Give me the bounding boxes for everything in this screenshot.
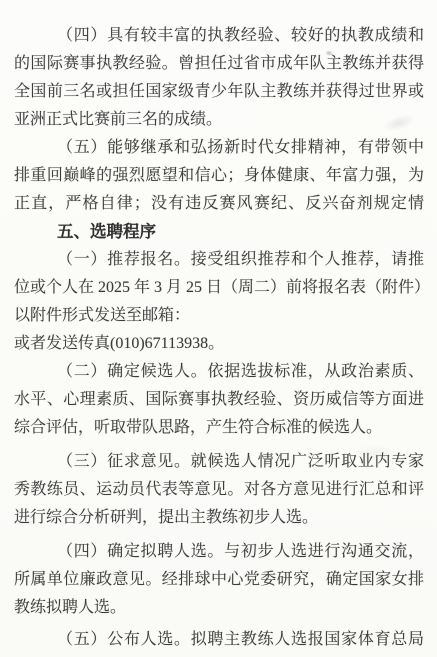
text-line: 所属单位廉政意见。经排球中心党委研究，确定国家女排主 <box>14 566 424 594</box>
scanned-document-page: （四）具有较丰富的执教经验、较好的执教成绩和一定 的国际赛事执教经验。曾担任过省… <box>0 0 437 657</box>
text-line-fax: 或者发送传真(010)67113938。 <box>14 330 424 358</box>
text-line-email: 以附件形式发送至邮箱：teamchina@volleyballchina.com <box>14 302 424 330</box>
text-line: （一）推荐报名。接受组织推荐和个人推荐，请推荐单 <box>14 246 424 274</box>
text-line: 位或个人在 2025 年 3 月 25 日（周二）前将报名表（附件） <box>14 274 424 302</box>
text-line: 亚洲正式比赛前三名的成绩。 <box>14 106 424 134</box>
text-line: （五）公布人选。拟聘主教练人选报国家体育总局批准 <box>14 626 424 654</box>
text-line: 全国前三名或担任国家级青少年队主教练并获得过世界或 <box>14 78 424 106</box>
text-line: 教练拟聘人选。 <box>14 594 424 622</box>
text-line: （四）具有较丰富的执教经验、较好的执教成绩和一定 <box>14 22 424 50</box>
text-line: （二）确定候选人。依据选拔标准，从政治素质、能力 <box>14 358 424 386</box>
text-line: （三）征求意见。就候选人情况广泛听取业内专家和优 <box>14 448 424 476</box>
text-line: 进行综合分析研判，提出主教练初步人选。 <box>14 504 424 532</box>
text-line: 的国际赛事执教经验。曾担任过省市成年队主教练并获得过 <box>14 50 424 78</box>
section-heading-procedure: 五、选聘程序 <box>14 218 424 246</box>
text-line: 综合评估，听取带队思路，产生符合标准的候选人。 <box>14 414 424 442</box>
text-line: 秀教练员、运动员代表等意见。对各方意见进行汇总和评估， <box>14 476 424 504</box>
text-line: 水平、心理素质、国际赛事执教经验、资历威信等方面进行 <box>14 386 424 414</box>
text-line: （五）能够继承和弘扬新时代女排精神，有带领中国女 <box>14 134 424 162</box>
text-line: （四）确定拟聘人选。与初步人选进行沟通交流，征求 <box>14 538 424 566</box>
text-line: 排重回巅峰的强烈愿望和信心；身体健康、年富力强，为人 <box>14 162 424 190</box>
text-line: 正直，严格自律；没有违反赛风赛纪、反兴奋剂规定情况。 <box>14 190 424 218</box>
email-label: 以附件形式发送至邮箱： <box>14 307 190 324</box>
